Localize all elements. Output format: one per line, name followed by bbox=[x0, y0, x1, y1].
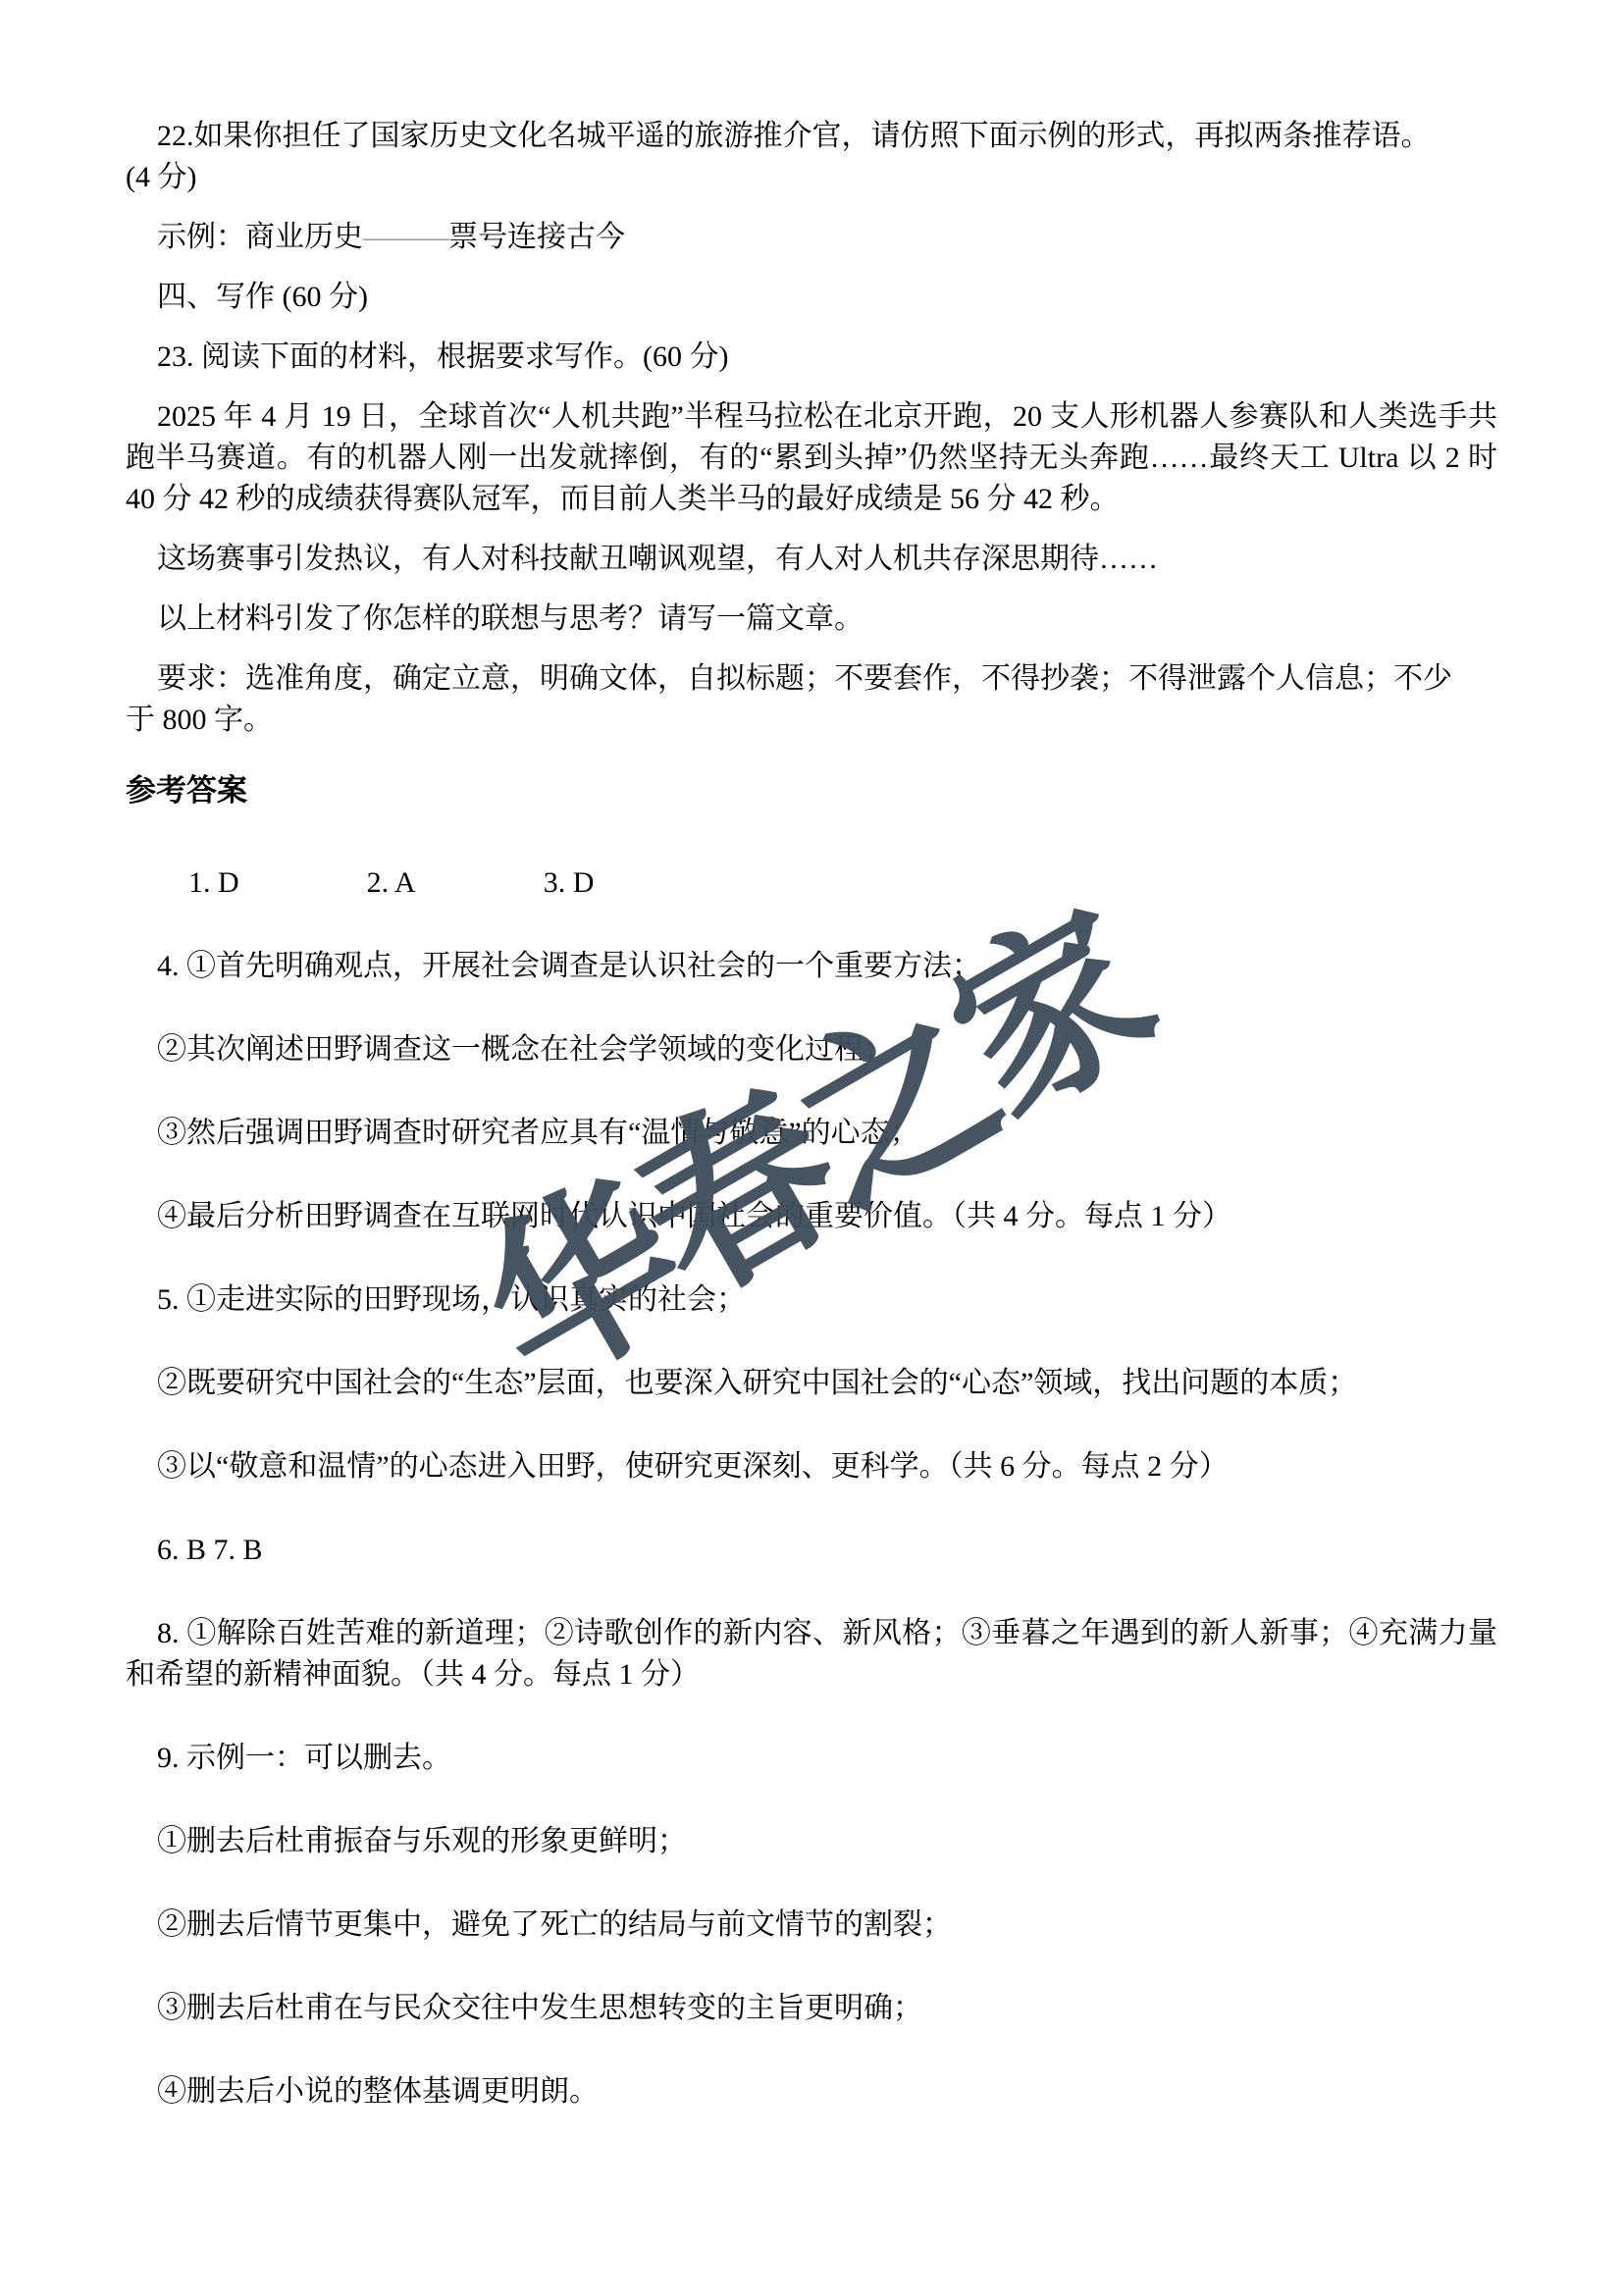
answer-key-section: 参考答案 1. D2. A3. D 4. ①首先明确观点，开展社会调查是认识社会… bbox=[126, 770, 1497, 2113]
answer-9-point-2: ②删去后情节更集中，避免了死亡的结局与前文情节的割裂； bbox=[126, 1905, 1497, 1946]
answer-1: 1. D bbox=[157, 862, 239, 904]
answer-key-heading: 参考答案 bbox=[126, 770, 1497, 811]
question-23-prompt: 以上材料引发了你怎样的联想与思考？请写一篇文章。 bbox=[126, 599, 1497, 640]
answer-4-point-1: 4. ①首先明确观点，开展社会调查是认识社会的一个重要方法； bbox=[126, 946, 1497, 987]
example-prefix: 示例：商业历史 bbox=[157, 221, 363, 253]
document-content: 22.如果你担任了国家历史文化名城平遥的旅游推介官，请仿照下面示例的形式，再拟两… bbox=[0, 0, 1623, 2113]
answer-5-point-2: ②既要研究中国社会的“生态”层面，也要深入研究中国社会的“心态”领域，找出问题的… bbox=[126, 1363, 1497, 1404]
answer-9-point-3: ③删去后杜甫在与民众交往中发生思想转变的主旨更明确； bbox=[126, 1988, 1497, 2029]
answers-1-to-3: 1. D2. A3. D bbox=[126, 862, 1497, 904]
requirements-line2: 于 800 字。 bbox=[126, 704, 273, 736]
answer-8: 8. ①解除百姓苦难的新道理；②诗歌创作的新内容、新风格；③垂暮之年遇到的新人新… bbox=[126, 1613, 1497, 1696]
question-22-points: (4 分) bbox=[126, 161, 196, 193]
answer-3: 3. D bbox=[512, 862, 595, 904]
answer-9-point-4: ④删去后小说的整体基调更明朗。 bbox=[126, 2071, 1497, 2113]
answer-4-point-3: ③然后强调田野调查时研究者应具有“温情与敬意”的心态； bbox=[126, 1113, 1497, 1154]
question-22-line1: 22.如果你担任了国家历史文化名城平遥的旅游推介官，请仿照下面示例的形式，再拟两… bbox=[157, 120, 1431, 152]
exam-answer-page: 22.如果你担任了国家历史文化名城平遥的旅游推介官，请仿照下面示例的形式，再拟两… bbox=[0, 0, 1623, 2296]
answer-2: 2. A bbox=[336, 862, 416, 904]
answer-4-point-4: ④最后分析田野调查在互联网时代认识中国社会的重要价值。（共 4 分。每点 1 分… bbox=[126, 1196, 1497, 1237]
answers-6-and-7: 6. B 7. B bbox=[126, 1530, 1497, 1571]
question-22: 22.如果你担任了国家历史文化名城平遥的旅游推介官，请仿照下面示例的形式，再拟两… bbox=[126, 116, 1497, 198]
question-23-intro: 23. 阅读下面的材料，根据要求写作。(60 分) bbox=[126, 337, 1497, 378]
example-dash: ——— bbox=[363, 221, 448, 253]
answer-5-point-3: ③以“敬意和温情”的心态进入田野，使研究更深刻、更科学。（共 6 分。每点 2 … bbox=[126, 1446, 1497, 1487]
example-line: 示例：商业历史———票号连接古今 bbox=[126, 217, 1497, 258]
answer-9-point-1: ①删去后杜甫振奋与乐观的形象更鲜明； bbox=[126, 1821, 1497, 1862]
example-suffix: 票号连接古今 bbox=[448, 221, 625, 253]
question-23-discussion: 这场赛事引发热议，有人对科技献丑嘲讽观望，有人对人机共存深思期待…… bbox=[126, 539, 1497, 580]
answer-4-point-2: ②其次阐述田野调查这一概念在社会学领域的变化过程； bbox=[126, 1029, 1497, 1070]
question-23-requirements: 要求：选准角度，确定立意，明确文体，自拟标题；不要套作，不得抄袭；不得泄露个人信… bbox=[126, 658, 1497, 741]
section-4-title: 四、写作 (60 分) bbox=[126, 277, 1497, 318]
requirements-line1: 要求：选准角度，确定立意，明确文体，自拟标题；不要套作，不得抄袭；不得泄露个人信… bbox=[157, 662, 1452, 695]
answer-5-point-1: 5. ①走进实际的田野现场，认识真实的社会； bbox=[126, 1279, 1497, 1321]
answer-9-intro: 9. 示例一：可以删去。 bbox=[126, 1738, 1497, 1779]
question-23-material: 2025 年 4 月 19 日，全球首次“人机共跑”半程马拉松在北京开跑，20 … bbox=[126, 396, 1497, 520]
